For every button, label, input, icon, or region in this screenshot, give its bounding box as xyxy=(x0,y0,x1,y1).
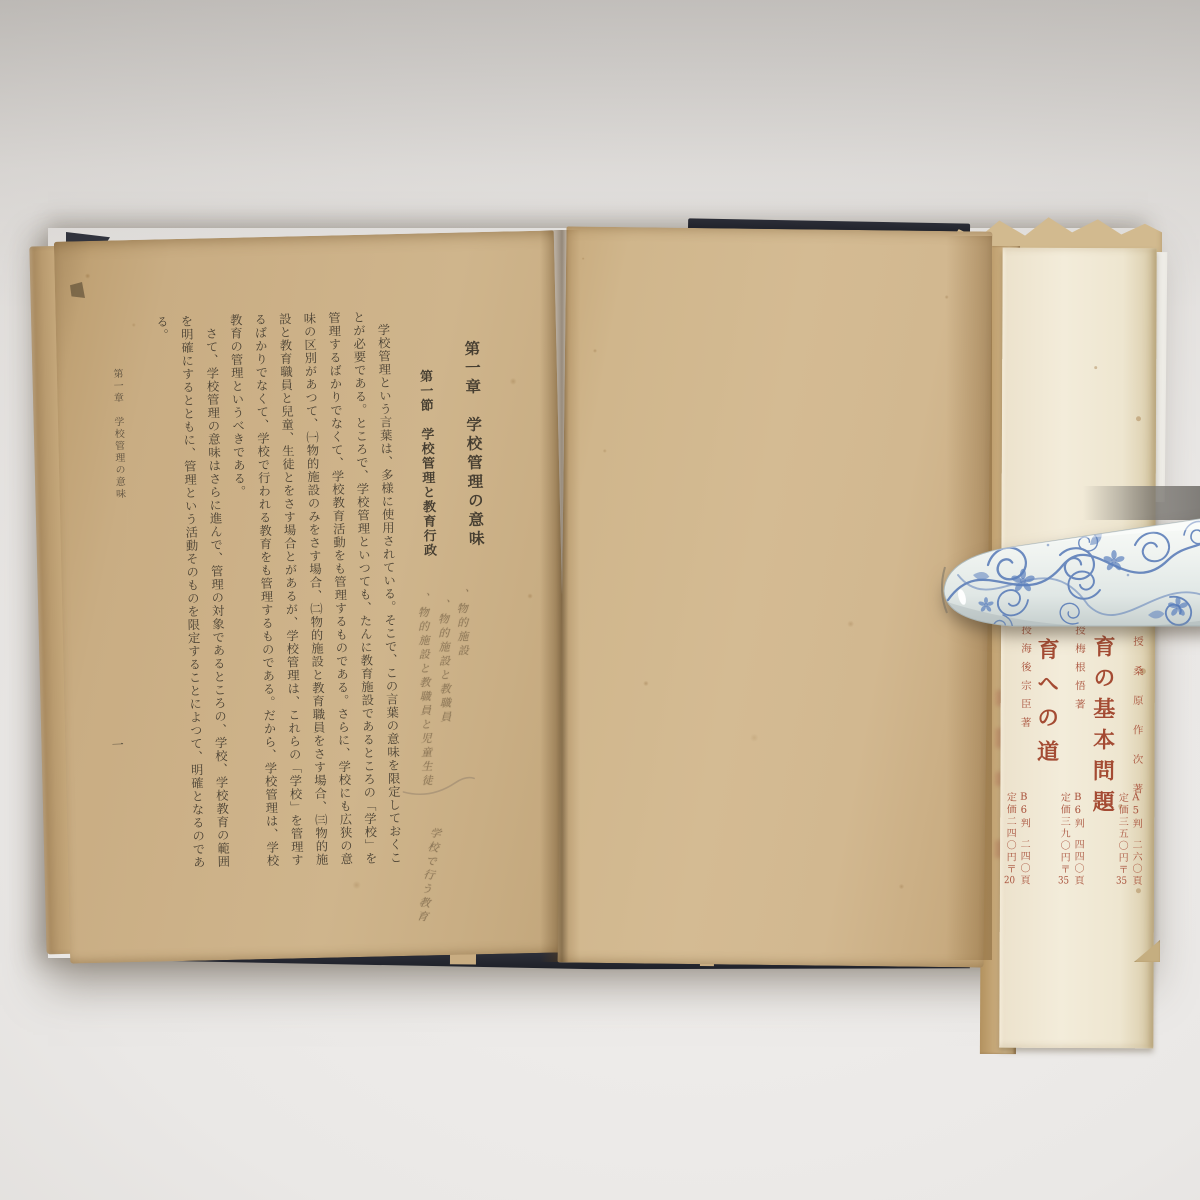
dust-jacket-flap: 教授桑原作次著 教育の基本問題 A5判二六〇頁 定価三五〇円〒35 教授梅根悟著… xyxy=(999,248,1156,1049)
book-price: 定価二四〇円〒 xyxy=(1004,792,1015,876)
book-specs: A5判二六〇頁 定価三五〇円〒35 xyxy=(1114,792,1143,922)
book-specs: B6判二四〇頁 定価二四〇円〒20 xyxy=(1002,792,1031,922)
pencil-bracket-stroke xyxy=(400,768,479,800)
book-price: 定価三九〇円〒 xyxy=(1058,792,1069,876)
book-pages: 二六〇頁 xyxy=(1130,839,1141,887)
book-specs: B6判四四〇頁 定価三九〇円〒35 xyxy=(1056,792,1085,922)
book-size: B6判 xyxy=(1018,792,1029,830)
page-gutter-shadow xyxy=(540,230,580,962)
book-postage: 35 xyxy=(1058,876,1069,886)
pencil-note: 、物的施設 xyxy=(453,588,471,658)
book-postage: 35 xyxy=(1116,876,1127,886)
flap-book-entry: 教授桑原作次著 教育の基本問題 A5判二六〇頁 定価三五〇円〒35 xyxy=(1088,600,1145,930)
flap-book-entry: 教授海後宗臣著 B6判二四〇頁 定価二四〇円〒20 xyxy=(999,600,1033,930)
body-paragraph: 学校管理という言葉は、多様に使用されている。そこで、この言葉の意味を限定しておく… xyxy=(222,310,407,870)
pencil-note: 、物的施設と教職員 xyxy=(434,599,453,725)
page-number: 一 xyxy=(109,738,126,750)
book-pages: 二四〇頁 xyxy=(1018,839,1029,887)
porcelain-paperweight xyxy=(928,505,1200,645)
book-pages: 四四〇頁 xyxy=(1072,839,1083,887)
book-postage: 20 xyxy=(1004,876,1015,886)
left-page: 第一章 学校管理の意味 第一節 学校管理と教育行政 学校管理という言葉は、多様に… xyxy=(54,230,570,963)
book-size: B6判 xyxy=(1072,792,1083,830)
running-head: 第一章 学校管理の意味 xyxy=(109,368,127,500)
book-size: A5判 xyxy=(1130,792,1141,830)
book-price: 定価三五〇円〒 xyxy=(1116,792,1127,876)
flap-advertisements: 教授桑原作次著 教育の基本問題 A5判二六〇頁 定価三五〇円〒35 教授梅根悟著… xyxy=(1000,600,1155,931)
book-photograph: 教授桑原作次著 教育の基本問題 A5判二六〇頁 定価三五〇円〒35 教授梅根悟著… xyxy=(0,0,1200,1200)
body-paragraph: さて、学校管理の意味はさらに進んで、管理の対象であるところの、学校、学校教育の範… xyxy=(149,314,235,872)
flap-book-entry: 教授梅根悟著 教育への道 B6判四四〇頁 定価三九〇円〒35 xyxy=(1032,600,1087,930)
